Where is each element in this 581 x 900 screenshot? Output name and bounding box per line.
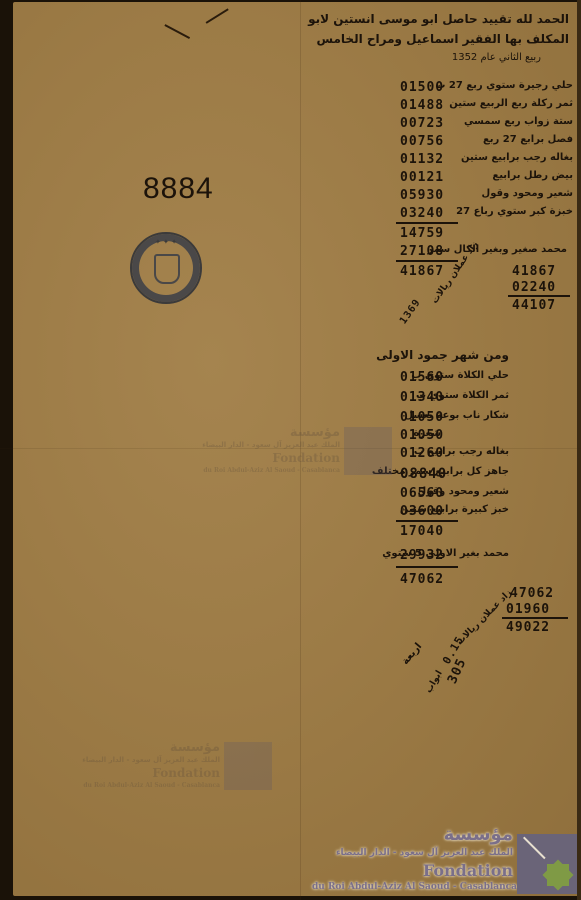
sum-rule bbox=[396, 520, 458, 522]
foundation-logo-icon bbox=[517, 834, 577, 894]
s2-label: شعير ومحود وقول bbox=[418, 486, 509, 497]
header-line-1: الحمد لله تقييد حاصل ابو موسى انستين لاب… bbox=[308, 12, 569, 26]
foundation-french-sub: du Roi Abdul-Aziz Al Saoud - Casablanca bbox=[312, 882, 517, 892]
watermark-faint: مؤسسة الملك عبد العزيز آل سعود - الدار ا… bbox=[160, 425, 392, 480]
watermark-foundation: مؤسسة الملك عبد العزيز آل سعود - الدار ا… bbox=[300, 828, 581, 900]
s2-right-a: 47062 bbox=[510, 586, 554, 601]
s2-label: شكار ناب بوعة بعسل bbox=[404, 410, 509, 421]
sum-rule bbox=[396, 260, 458, 262]
s1-amount: 05930 bbox=[400, 188, 444, 203]
header-line-2: المكلف بها الفقير اسماعيل ومراح الخامس bbox=[317, 32, 569, 46]
s1-label: بيض رطل برابيع bbox=[492, 170, 573, 181]
s1-label: خبزة كبر ستوي رباع 27 bbox=[456, 206, 573, 217]
sum-rule bbox=[502, 617, 568, 619]
s1-label: بغاله رجب برابيع ستين bbox=[461, 152, 573, 163]
page-edge bbox=[577, 0, 581, 900]
s2-title: ومن شهر جمود الاولى bbox=[376, 348, 509, 362]
s2-right-result: 49022 bbox=[506, 620, 550, 635]
s1-label: فصل برابع 27 ربع bbox=[483, 134, 573, 145]
foundation-logo-icon bbox=[344, 427, 392, 475]
sum-rule bbox=[396, 566, 458, 568]
s1-right-b: 02240 bbox=[512, 280, 556, 295]
s2-label: خبز كبيرة برابيع ستين bbox=[400, 504, 509, 515]
foundation-logo-icon bbox=[224, 742, 272, 790]
s1-label: ثمر ركلة ربع الربيع ستين bbox=[449, 98, 573, 109]
header-date: ربيع الثاني عام 1352 bbox=[452, 52, 541, 63]
s1-amount: 03240 bbox=[400, 206, 444, 221]
s1-label: شعير ومحود وقول bbox=[482, 188, 573, 199]
foundation-french-name: Fondation bbox=[423, 861, 513, 880]
s2-label: جاهز كل برابيع سمر مختلف bbox=[372, 466, 509, 477]
s1-label: حلي رجيرة ستوي ربع 27 ب bbox=[435, 80, 573, 91]
s2-right-b: 01960 bbox=[506, 602, 550, 617]
s2-label: شعرة bbox=[413, 428, 441, 439]
sum-rule bbox=[396, 222, 458, 224]
s1-total: 41867 bbox=[400, 264, 444, 279]
s2-label: حلي الكلاة ستوي ب bbox=[411, 370, 509, 381]
s1-right-a: 41867 bbox=[512, 264, 556, 279]
s1-subtotal: 14759 bbox=[400, 226, 444, 241]
sum-rule bbox=[508, 295, 570, 297]
library-stamp-icon: ✦ ✦ ✦ bbox=[130, 232, 202, 304]
s1-amount: 00121 bbox=[400, 170, 444, 185]
foundation-arabic-name: مؤسسة bbox=[444, 824, 513, 845]
s1-amount: 00756 bbox=[400, 134, 444, 149]
s1-label: ستة زواب ربع سمسي bbox=[464, 116, 573, 127]
s2-subtotal: 17040 bbox=[400, 524, 444, 539]
inventory-number: 8884 bbox=[143, 172, 214, 206]
s2-total: 47062 bbox=[400, 572, 444, 587]
watermark-faint: مؤسسة الملك عبد العزيز آل سعود - الدار ا… bbox=[60, 740, 272, 795]
s1-carried-label: محمد صغير وبغير الكال سمر bbox=[427, 244, 567, 255]
s1-right-result: 44107 bbox=[512, 298, 556, 313]
s1-amount: 01488 bbox=[400, 98, 444, 113]
s1-amount: 00723 bbox=[400, 116, 444, 131]
s2-label: ثمر الكلاة ستوي ب bbox=[416, 390, 509, 401]
s1-amount: 01132 bbox=[400, 152, 444, 167]
foundation-arabic-sub: الملك عبد العزيز آل سعود - الدار البيضاء bbox=[336, 848, 513, 858]
s2-carried-label: محمد بغير الاولى 5 ستوي bbox=[382, 548, 509, 559]
s2-label: بغاله رجب برابيع ب bbox=[414, 446, 509, 457]
